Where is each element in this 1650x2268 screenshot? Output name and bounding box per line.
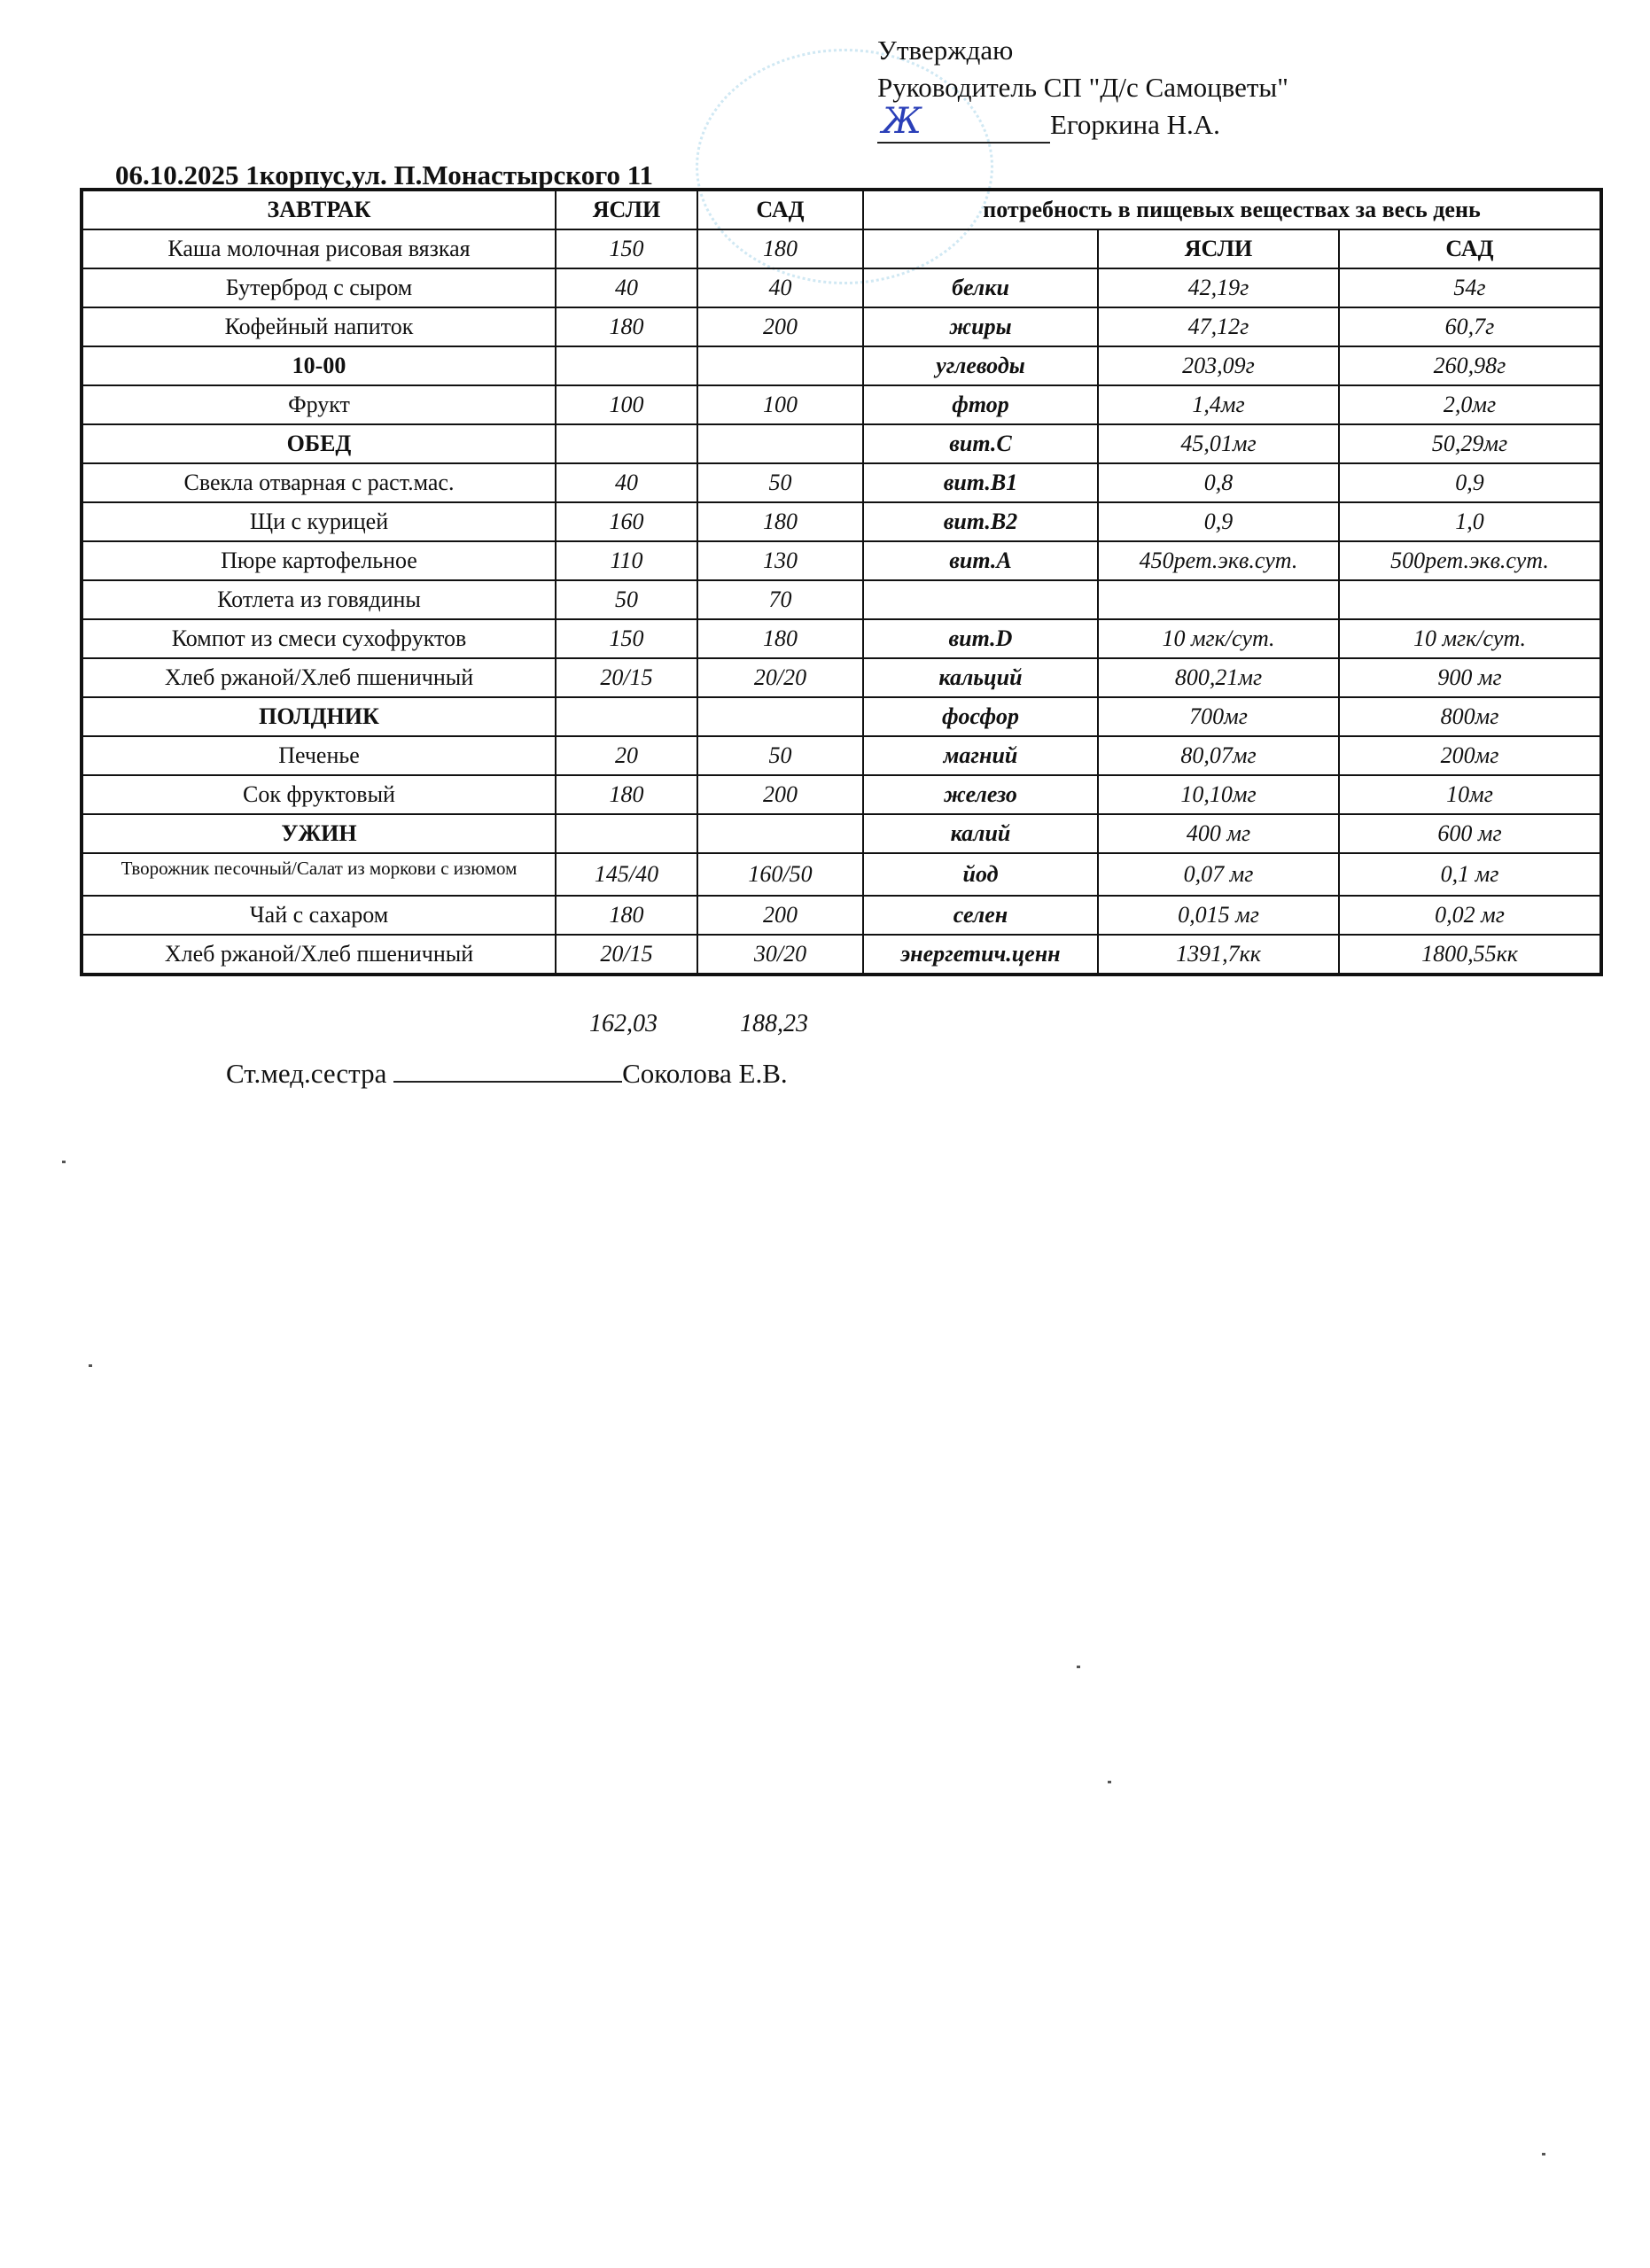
table-row: Компот из смеси сухофруктов150180вит.D10…: [82, 619, 1601, 658]
table-row: Кофейный напиток180200жиры47,12г60,7г: [82, 307, 1601, 346]
nutrient-nursery: 700мг: [1098, 697, 1339, 736]
approval-position: Руководитель СП "Д/с Самоцветы": [877, 69, 1288, 106]
section-row: ПОЛДНИКфосфор700мг800мг: [82, 697, 1601, 736]
nursery-portion: 50: [556, 580, 697, 619]
dish-cell: Чай с сахаром: [82, 896, 556, 935]
approval-block: Утверждаю Руководитель СП "Д/с Самоцветы…: [877, 32, 1288, 144]
kindergarten-portion: 50: [697, 463, 863, 502]
nutrient-nursery: 45,01мг: [1098, 424, 1339, 463]
table-row: Каша молочная рисовая вязкая150180ЯСЛИСА…: [82, 229, 1601, 268]
nutrient-nursery: 80,07мг: [1098, 736, 1339, 775]
nursery-portion: 150: [556, 619, 697, 658]
dish-cell: Кофейный напиток: [82, 307, 556, 346]
header-nursery: ЯСЛИ: [556, 190, 697, 229]
nursery-portion: 150: [556, 229, 697, 268]
nutrient-name: [863, 580, 1098, 619]
menu-table: ЗАВТРАК ЯСЛИ САД потребность в пищевых в…: [80, 188, 1603, 976]
dish-cell: Щи с курицей: [82, 502, 556, 541]
total-kindergarten: 188,23: [740, 1010, 808, 1038]
nutrient-nursery: 800,21мг: [1098, 658, 1339, 697]
nutrient-nursery: 0,015 мг: [1098, 896, 1339, 935]
dish-cell: Сок фруктовый: [82, 775, 556, 814]
nutrient-nursery: 47,12г: [1098, 307, 1339, 346]
kindergarten-portion: 30/20: [697, 935, 863, 975]
nutrient-name: магний: [863, 736, 1098, 775]
kindergarten-portion: [697, 697, 863, 736]
table-row: Щи с курицей160180вит.В20,91,0: [82, 502, 1601, 541]
table-row: Фрукт100100фтор1,4мг2,0мг: [82, 385, 1601, 424]
kindergarten-portion: [697, 424, 863, 463]
nursery-portion: 40: [556, 463, 697, 502]
nutrient-nursery: 203,09г: [1098, 346, 1339, 385]
nursery-portion: 180: [556, 775, 697, 814]
dish-cell: УЖИН: [82, 814, 556, 853]
dish-cell: Фрукт: [82, 385, 556, 424]
nutrient-nursery: ЯСЛИ: [1098, 229, 1339, 268]
nutrient-name: [863, 229, 1098, 268]
table-row: Чай с сахаром180200селен0,015 мг0,02 мг: [82, 896, 1601, 935]
nursery-portion: 40: [556, 268, 697, 307]
nutrient-nursery: 1391,7кк: [1098, 935, 1339, 975]
nutrient-kindergarten: 50,29мг: [1339, 424, 1601, 463]
table-row: Хлеб ржаной/Хлеб пшеничный20/1530/20энер…: [82, 935, 1601, 975]
table-row: Котлета из говядины5070: [82, 580, 1601, 619]
nursery-portion: 180: [556, 307, 697, 346]
nutrient-kindergarten: 0,02 мг: [1339, 896, 1601, 935]
nutrient-kindergarten: 260,98г: [1339, 346, 1601, 385]
scan-speck: [1077, 1666, 1080, 1668]
nursery-portion: [556, 697, 697, 736]
nutrient-kindergarten: 500рет.экв.сут.: [1339, 541, 1601, 580]
nutrient-nursery: 1,4мг: [1098, 385, 1339, 424]
nursery-portion: 20/15: [556, 658, 697, 697]
kindergarten-portion: 180: [697, 229, 863, 268]
nutrient-name: йод: [863, 853, 1098, 896]
nurse-signature-block: Ст.мед.сестра Соколова Е.В.: [226, 1054, 788, 1090]
total-nursery: 162,03: [589, 1010, 658, 1038]
nursery-portion: 180: [556, 896, 697, 935]
nutrient-nursery: 10,10мг: [1098, 775, 1339, 814]
nutrient-name: углеводы: [863, 346, 1098, 385]
kindergarten-portion: [697, 346, 863, 385]
scan-speck: [1542, 2153, 1545, 2155]
table-row: Хлеб ржаной/Хлеб пшеничный20/1520/20каль…: [82, 658, 1601, 697]
nutrient-name: вит.А: [863, 541, 1098, 580]
nutrient-kindergarten: 2,0мг: [1339, 385, 1601, 424]
nutrient-name: вит.D: [863, 619, 1098, 658]
nutrient-nursery: 10 мгк/сут.: [1098, 619, 1339, 658]
nutrient-name: вит.С: [863, 424, 1098, 463]
dish-cell: Свекла отварная с раст.мас.: [82, 463, 556, 502]
kindergarten-portion: 40: [697, 268, 863, 307]
nursery-portion: [556, 424, 697, 463]
nursery-portion: 110: [556, 541, 697, 580]
nurse-role: Ст.мед.сестра: [226, 1058, 386, 1089]
dish-cell: Каша молочная рисовая вязкая: [82, 229, 556, 268]
nutrient-kindergarten: 1,0: [1339, 502, 1601, 541]
nurse-name: Соколова Е.В.: [622, 1058, 788, 1089]
nutrient-kindergarten: 200мг: [1339, 736, 1601, 775]
kindergarten-portion: 100: [697, 385, 863, 424]
nutrient-kindergarten: 600 мг: [1339, 814, 1601, 853]
header-meal: ЗАВТРАК: [82, 190, 556, 229]
nutrient-kindergarten: 60,7г: [1339, 307, 1601, 346]
dish-cell: Хлеб ржаной/Хлеб пшеничный: [82, 658, 556, 697]
table-row: Пюре картофельное110130вит.А450рет.экв.с…: [82, 541, 1601, 580]
nutrient-name: вит.В2: [863, 502, 1098, 541]
nutrient-kindergarten: САД: [1339, 229, 1601, 268]
table-row: Свекла отварная с раст.мас.4050вит.В10,8…: [82, 463, 1601, 502]
nutrient-kindergarten: 10мг: [1339, 775, 1601, 814]
table-header-row: ЗАВТРАК ЯСЛИ САД потребность в пищевых в…: [82, 190, 1601, 229]
dish-cell: Бутерброд с сыром: [82, 268, 556, 307]
scan-speck: [62, 1161, 66, 1163]
kindergarten-portion: 200: [697, 307, 863, 346]
nutrient-name: калий: [863, 814, 1098, 853]
scan-speck: [1108, 1781, 1111, 1783]
nutrient-nursery: 0,8: [1098, 463, 1339, 502]
nutrient-kindergarten: [1339, 580, 1601, 619]
nursery-portion: 160: [556, 502, 697, 541]
nutrient-nursery: 0,07 мг: [1098, 853, 1339, 896]
nursery-portion: 20/15: [556, 935, 697, 975]
nutrient-name: кальций: [863, 658, 1098, 697]
dish-cell: Творожник песочный/Салат из моркови с из…: [82, 853, 556, 896]
nursery-portion: 100: [556, 385, 697, 424]
header-kindergarten: САД: [697, 190, 863, 229]
nursery-portion: [556, 814, 697, 853]
table-row: Сок фруктовый180200железо10,10мг10мг: [82, 775, 1601, 814]
nutrient-name: фосфор: [863, 697, 1098, 736]
nutrient-nursery: 400 мг: [1098, 814, 1339, 853]
nutrient-kindergarten: 0,1 мг: [1339, 853, 1601, 896]
dish-cell: ПОЛДНИК: [82, 697, 556, 736]
dish-cell: Печенье: [82, 736, 556, 775]
nursery-portion: 20: [556, 736, 697, 775]
nutrient-name: жиры: [863, 307, 1098, 346]
dish-cell: Пюре картофельное: [82, 541, 556, 580]
kindergarten-portion: 20/20: [697, 658, 863, 697]
nutrient-name: вит.В1: [863, 463, 1098, 502]
kindergarten-portion: 70: [697, 580, 863, 619]
director-signature: Ж: [877, 115, 1050, 144]
nutrient-name: селен: [863, 896, 1098, 935]
approval-title: Утверждаю: [877, 32, 1288, 69]
nutrient-name: белки: [863, 268, 1098, 307]
nutrient-kindergarten: 800мг: [1339, 697, 1601, 736]
approval-signer: Егоркина Н.А.: [1050, 109, 1220, 140]
kindergarten-portion: 200: [697, 775, 863, 814]
nutrient-nursery: [1098, 580, 1339, 619]
table-row: Бутерброд с сыром4040белки42,19г54г: [82, 268, 1601, 307]
section-row: УЖИНкалий400 мг600 мг: [82, 814, 1601, 853]
dish-cell: ОБЕД: [82, 424, 556, 463]
kindergarten-portion: 180: [697, 502, 863, 541]
nutrient-kindergarten: 10 мгк/сут.: [1339, 619, 1601, 658]
dish-cell: Компот из смеси сухофруктов: [82, 619, 556, 658]
kindergarten-portion: 50: [697, 736, 863, 775]
nutrient-kindergarten: 54г: [1339, 268, 1601, 307]
nutrient-kindergarten: 1800,55кк: [1339, 935, 1601, 975]
header-nutrients: потребность в пищевых веществах за весь …: [863, 190, 1601, 229]
nutrient-kindergarten: 900 мг: [1339, 658, 1601, 697]
section-row: ОБЕДвит.С45,01мг50,29мг: [82, 424, 1601, 463]
dish-cell: Хлеб ржаной/Хлеб пшеничный: [82, 935, 556, 975]
nutrient-name: железо: [863, 775, 1098, 814]
dish-cell: 10-00: [82, 346, 556, 385]
nurse-signature: [393, 1054, 622, 1083]
table-row: Печенье2050магний80,07мг200мг: [82, 736, 1601, 775]
kindergarten-portion: 180: [697, 619, 863, 658]
nursery-portion: 145/40: [556, 853, 697, 896]
nutrient-kindergarten: 0,9: [1339, 463, 1601, 502]
dish-cell: Котлета из говядины: [82, 580, 556, 619]
kindergarten-portion: 160/50: [697, 853, 863, 896]
kindergarten-portion: [697, 814, 863, 853]
kindergarten-portion: 130: [697, 541, 863, 580]
nutrient-name: фтор: [863, 385, 1098, 424]
nutrient-nursery: 42,19г: [1098, 268, 1339, 307]
kindergarten-portion: 200: [697, 896, 863, 935]
nutrient-nursery: 0,9: [1098, 502, 1339, 541]
nutrient-nursery: 450рет.экв.сут.: [1098, 541, 1339, 580]
nursery-portion: [556, 346, 697, 385]
document-title: 06.10.2025 1корпус,ул. П.Монастырского 1…: [115, 159, 653, 191]
nutrient-name: энергетич.ценн: [863, 935, 1098, 975]
scan-speck: [89, 1364, 92, 1367]
approval-signer-line: ЖЕгоркина Н.А.: [877, 106, 1288, 144]
section-row: 10-00углеводы203,09г260,98г: [82, 346, 1601, 385]
table-row: Творожник песочный/Салат из моркови с из…: [82, 853, 1601, 896]
